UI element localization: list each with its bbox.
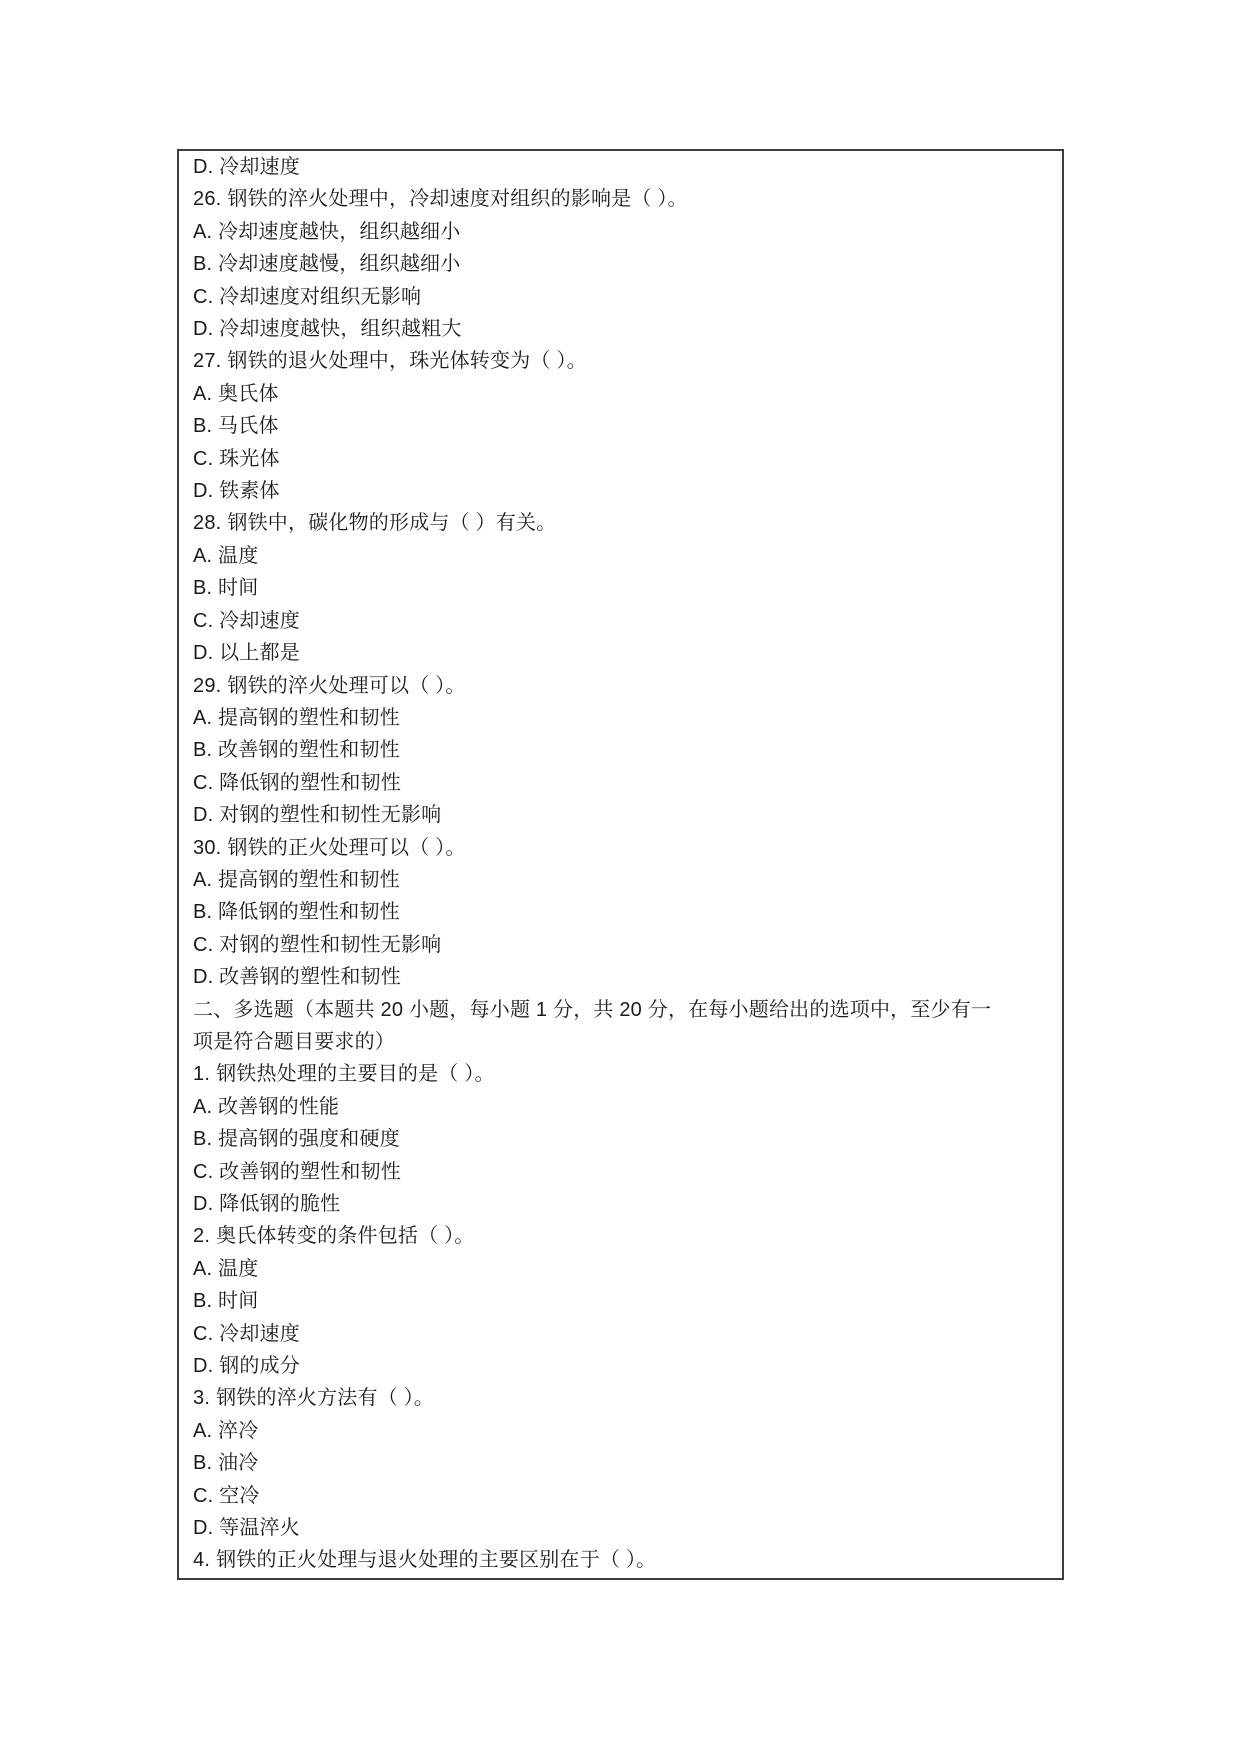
question-stem: 27.钢铁的退火处理中，珠光体转变为（ ）。 <box>193 345 1048 377</box>
question-text: 钢铁的淬火方法有（ ）。 <box>216 1387 434 1409</box>
question-stem: 28.钢铁中，碳化物的形成与（ ）有关。 <box>193 507 1048 539</box>
option-line: B. 时间 <box>193 572 1048 604</box>
option-line: D. 等温淬火 <box>193 1512 1048 1544</box>
question-stem: 4.钢铁的正火处理与退火处理的主要区别在于（ ）。 <box>193 1544 1048 1576</box>
question-text: 钢铁的正火处理与退火处理的主要区别在于（ ）。 <box>216 1549 656 1571</box>
question-stem: 30.钢铁的正火处理可以（ ）。 <box>193 832 1048 864</box>
question-number: 1. <box>193 1063 210 1085</box>
option-line: C. 空冷 <box>193 1480 1048 1512</box>
option-line: B. 降低钢的塑性和韧性 <box>193 896 1048 928</box>
question-text: 钢铁中，碳化物的形成与（ ）有关。 <box>227 512 556 534</box>
option-line: D. 降低钢的脆性 <box>193 1188 1048 1220</box>
question-stem: 26.钢铁的淬火处理中，冷却速度对组织的影响是（ ）。 <box>193 183 1048 215</box>
option-line: C. 降低钢的塑性和韧性 <box>193 767 1048 799</box>
option-line: A. 温度 <box>193 1253 1048 1285</box>
option-line: A. 奥氏体 <box>193 378 1048 410</box>
option-line: D. 钢的成分 <box>193 1350 1048 1382</box>
option-line: D. 冷却速度 <box>193 151 1048 183</box>
option-line: A. 改善钢的性能 <box>193 1091 1048 1123</box>
exam-content-box: D. 冷却速度26.钢铁的淬火处理中，冷却速度对组织的影响是（ ）。A. 冷却速… <box>177 149 1064 1580</box>
option-line: D. 对钢的塑性和韧性无影响 <box>193 799 1048 831</box>
question-text: 钢铁的退火处理中，珠光体转变为（ ）。 <box>227 350 586 372</box>
option-line: D. 以上都是 <box>193 637 1048 669</box>
option-line: C. 改善钢的塑性和韧性 <box>193 1156 1048 1188</box>
section-header: 二、多选题（本题共 20 小题，每小题 1 分，共 20 分，在每小题给出的选项… <box>193 994 1048 1059</box>
option-line: B. 改善钢的塑性和韧性 <box>193 734 1048 766</box>
option-line: B. 马氏体 <box>193 410 1048 442</box>
option-line: C. 冷却速度对组织无影响 <box>193 281 1048 313</box>
option-line: C. 对钢的塑性和韧性无影响 <box>193 929 1048 961</box>
option-line: C. 冷却速度 <box>193 1318 1048 1350</box>
option-line: B. 提高钢的强度和硬度 <box>193 1123 1048 1155</box>
question-number: 27. <box>193 350 221 372</box>
option-line: A. 提高钢的塑性和韧性 <box>193 864 1048 896</box>
option-line: A. 温度 <box>193 540 1048 572</box>
question-text: 钢铁热处理的主要目的是（ ）。 <box>216 1063 495 1085</box>
question-stem: 29.钢铁的淬火处理可以（ ）。 <box>193 670 1048 702</box>
option-line: B. 时间 <box>193 1285 1048 1317</box>
question-text: 钢铁的淬火处理可以（ ）。 <box>227 675 465 697</box>
question-number: 30. <box>193 837 221 859</box>
option-line: C. 冷却速度 <box>193 605 1048 637</box>
option-line: D. 铁素体 <box>193 475 1048 507</box>
option-line: C. 珠光体 <box>193 443 1048 475</box>
question-stem: 1.钢铁热处理的主要目的是（ ）。 <box>193 1058 1048 1090</box>
question-number: 26. <box>193 188 221 210</box>
question-text: 钢铁的正火处理可以（ ）。 <box>227 837 465 859</box>
question-number: 28. <box>193 512 221 534</box>
option-line: A. 提高钢的塑性和韧性 <box>193 702 1048 734</box>
option-line: D. 改善钢的塑性和韧性 <box>193 961 1048 993</box>
question-number: 3. <box>193 1387 210 1409</box>
option-line: B. 冷却速度越慢，组织越细小 <box>193 248 1048 280</box>
question-stem: 3.钢铁的淬火方法有（ ）。 <box>193 1382 1048 1414</box>
question-stem: 2.奥氏体转变的条件包括（ ）。 <box>193 1220 1048 1252</box>
option-line: A. 淬冷 <box>193 1415 1048 1447</box>
option-line: B. 油冷 <box>193 1447 1048 1479</box>
question-text: 钢铁的淬火处理中，冷却速度对组织的影响是（ ）。 <box>227 188 687 210</box>
question-number: 29. <box>193 675 221 697</box>
question-text: 奥氏体转变的条件包括（ ）。 <box>216 1225 474 1247</box>
option-line: D. 冷却速度越快，组织越粗大 <box>193 313 1048 345</box>
question-number: 4. <box>193 1549 210 1571</box>
question-number: 2. <box>193 1225 210 1247</box>
option-line: A. 冷却速度越快，组织越细小 <box>193 216 1048 248</box>
